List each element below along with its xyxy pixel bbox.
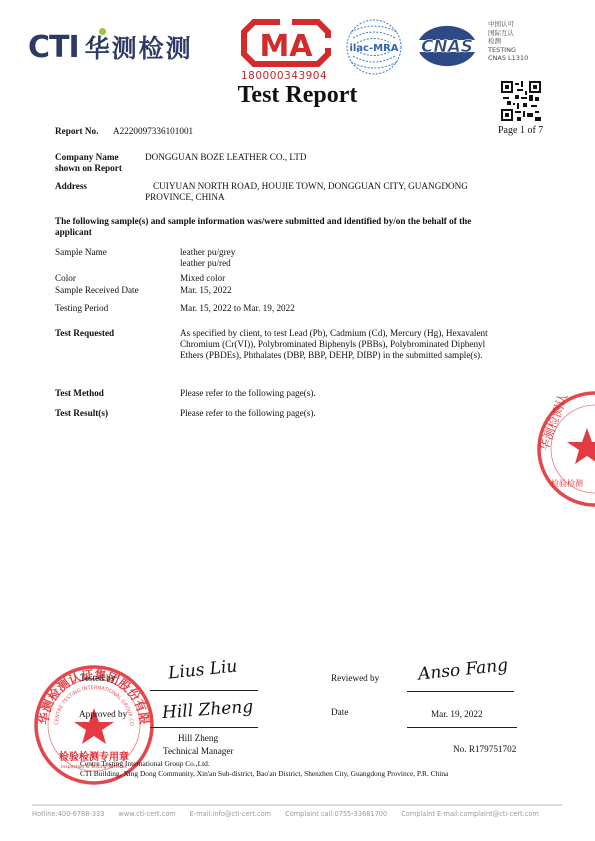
cnas-info-line: 中国认可 bbox=[488, 20, 528, 29]
approved-by-line bbox=[150, 727, 258, 728]
method-value: Please refer to the following page(s). bbox=[180, 388, 316, 399]
address-label: Address bbox=[55, 181, 87, 192]
cnas-accreditation-info: 中国认可 国际互认 检测 TESTING CNAS L1310 bbox=[488, 20, 528, 63]
address-value: CUIYUAN NORTH ROAD, HOUJIE TOWN, DONGGUA… bbox=[145, 181, 468, 203]
page-indicator: Page 1 of 7 bbox=[498, 125, 543, 136]
approver-name: Hill Zheng bbox=[178, 733, 218, 744]
sample-intro: The following sample(s) and sample infor… bbox=[55, 216, 555, 238]
approver-title: Technical Manager bbox=[163, 746, 234, 757]
footer-divider bbox=[32, 804, 562, 806]
report-serial: No. R179751702 bbox=[453, 744, 516, 755]
requested-value: As specified by client, to test Lead (Pb… bbox=[180, 328, 488, 361]
sample-name-value: leather pu/grey leather pu/red bbox=[180, 247, 235, 269]
cnas-mark-icon: CNAS bbox=[413, 20, 481, 72]
report-no-label: Report No. bbox=[55, 126, 98, 137]
svg-text:MA: MA bbox=[259, 29, 313, 64]
email-link[interactable]: E-mail:info@cti-cert.com bbox=[190, 810, 271, 818]
company-footer: Centre Testing International Group Co.,L… bbox=[80, 759, 448, 779]
date-value: Mar. 19, 2022 bbox=[431, 709, 483, 720]
cnas-info-line: 检测 bbox=[488, 37, 528, 46]
tested-by-signature: Lius Liu bbox=[167, 656, 238, 683]
requested-line: Chromium (Cr(VI)), Polybrominated Biphen… bbox=[180, 339, 488, 350]
reviewed-by-label: Reviewed by bbox=[331, 673, 379, 684]
complaint-call: Complaint call:0755-33681700 bbox=[285, 810, 387, 818]
cma-mark-icon: MA bbox=[240, 18, 332, 68]
approved-by-signature: Hill Zheng bbox=[161, 697, 253, 723]
approved-by-label: Approved by bbox=[79, 709, 127, 720]
sample-name: leather pu/grey bbox=[180, 247, 235, 258]
complaint-email-link[interactable]: Complaint E-mail:complaint@cti-cert.com bbox=[401, 810, 539, 818]
requested-line: Ethers (PBDEs), Phthalates (DBP, BBP, DE… bbox=[180, 350, 488, 361]
svg-text:检验检测: 检验检测 bbox=[551, 478, 583, 488]
company-value: DONGGUAN BOZE LEATHER CO., LTD bbox=[145, 152, 306, 163]
company-label-line: shown on Report bbox=[55, 163, 122, 174]
ilac-mra-icon: ilac-MRA bbox=[345, 18, 403, 76]
contact-footer: Hotline:400-6788-333 www.cti-cert.com E-… bbox=[32, 810, 572, 818]
period-value: Mar. 15, 2022 to Mar. 19, 2022 bbox=[180, 303, 295, 314]
requested-label: Test Requested bbox=[55, 328, 114, 339]
hotline: Hotline:400-6788-333 bbox=[32, 810, 104, 818]
svg-text:华测检测认: 华测检测认 bbox=[536, 391, 571, 453]
tested-by-line bbox=[150, 690, 258, 691]
company-label-line: Company Name bbox=[55, 152, 122, 163]
website-link[interactable]: www.cti-cert.com bbox=[118, 810, 175, 818]
color-value: Mixed color bbox=[180, 273, 225, 284]
cma-number: 180000343904 bbox=[241, 70, 327, 82]
sample-intro-line: The following sample(s) and sample infor… bbox=[55, 216, 555, 227]
report-no-value: A2220097336101001 bbox=[113, 126, 193, 137]
date-label: Date bbox=[331, 707, 348, 718]
sample-name-label: Sample Name bbox=[55, 247, 107, 258]
svg-text:ilac-MRA: ilac-MRA bbox=[349, 43, 398, 54]
company-footer-name: Centre Testing International Group Co.,L… bbox=[80, 759, 448, 769]
received-value: Mar. 15, 2022 bbox=[180, 285, 232, 296]
address-line: CUIYUAN NORTH ROAD, HOUJIE TOWN, DONGGUA… bbox=[145, 181, 468, 192]
cnas-info-line: 国际互认 bbox=[488, 29, 528, 38]
requested-line: As specified by client, to test Lead (Pb… bbox=[180, 328, 488, 339]
cnas-info-line: TESTING bbox=[488, 46, 528, 55]
logo-dot-icon bbox=[99, 28, 106, 35]
qr-code-icon[interactable] bbox=[501, 81, 541, 121]
result-value: Please refer to the following page(s). bbox=[180, 408, 316, 419]
sample-name: leather pu/red bbox=[180, 258, 235, 269]
method-label: Test Method bbox=[55, 388, 104, 399]
received-label: Sample Received Date bbox=[55, 285, 139, 296]
reviewed-by-signature: Anso Fang bbox=[417, 655, 509, 684]
result-label: Test Result(s) bbox=[55, 408, 108, 419]
address-line: PROVINCE, CHINA bbox=[145, 192, 468, 203]
color-label: Color bbox=[55, 273, 76, 284]
svg-text:CNAS: CNAS bbox=[421, 37, 473, 57]
sample-intro-line: applicant bbox=[55, 227, 555, 238]
date-line bbox=[407, 727, 517, 728]
cti-logo: CTI 华测检测 bbox=[28, 30, 193, 64]
brand-latin: CTI bbox=[28, 30, 79, 65]
company-footer-address: CTI Building, Xing Dong Community, Xin'a… bbox=[80, 769, 448, 779]
tested-by-label: Tested by bbox=[80, 673, 115, 684]
cnas-info-line: CNAS L1310 bbox=[488, 54, 528, 63]
company-label: Company Name shown on Report bbox=[55, 152, 122, 174]
period-label: Testing Period bbox=[55, 303, 108, 314]
official-stamp-icon: 华测检测认 检验检测 bbox=[535, 390, 595, 508]
reviewed-by-line bbox=[407, 691, 514, 692]
